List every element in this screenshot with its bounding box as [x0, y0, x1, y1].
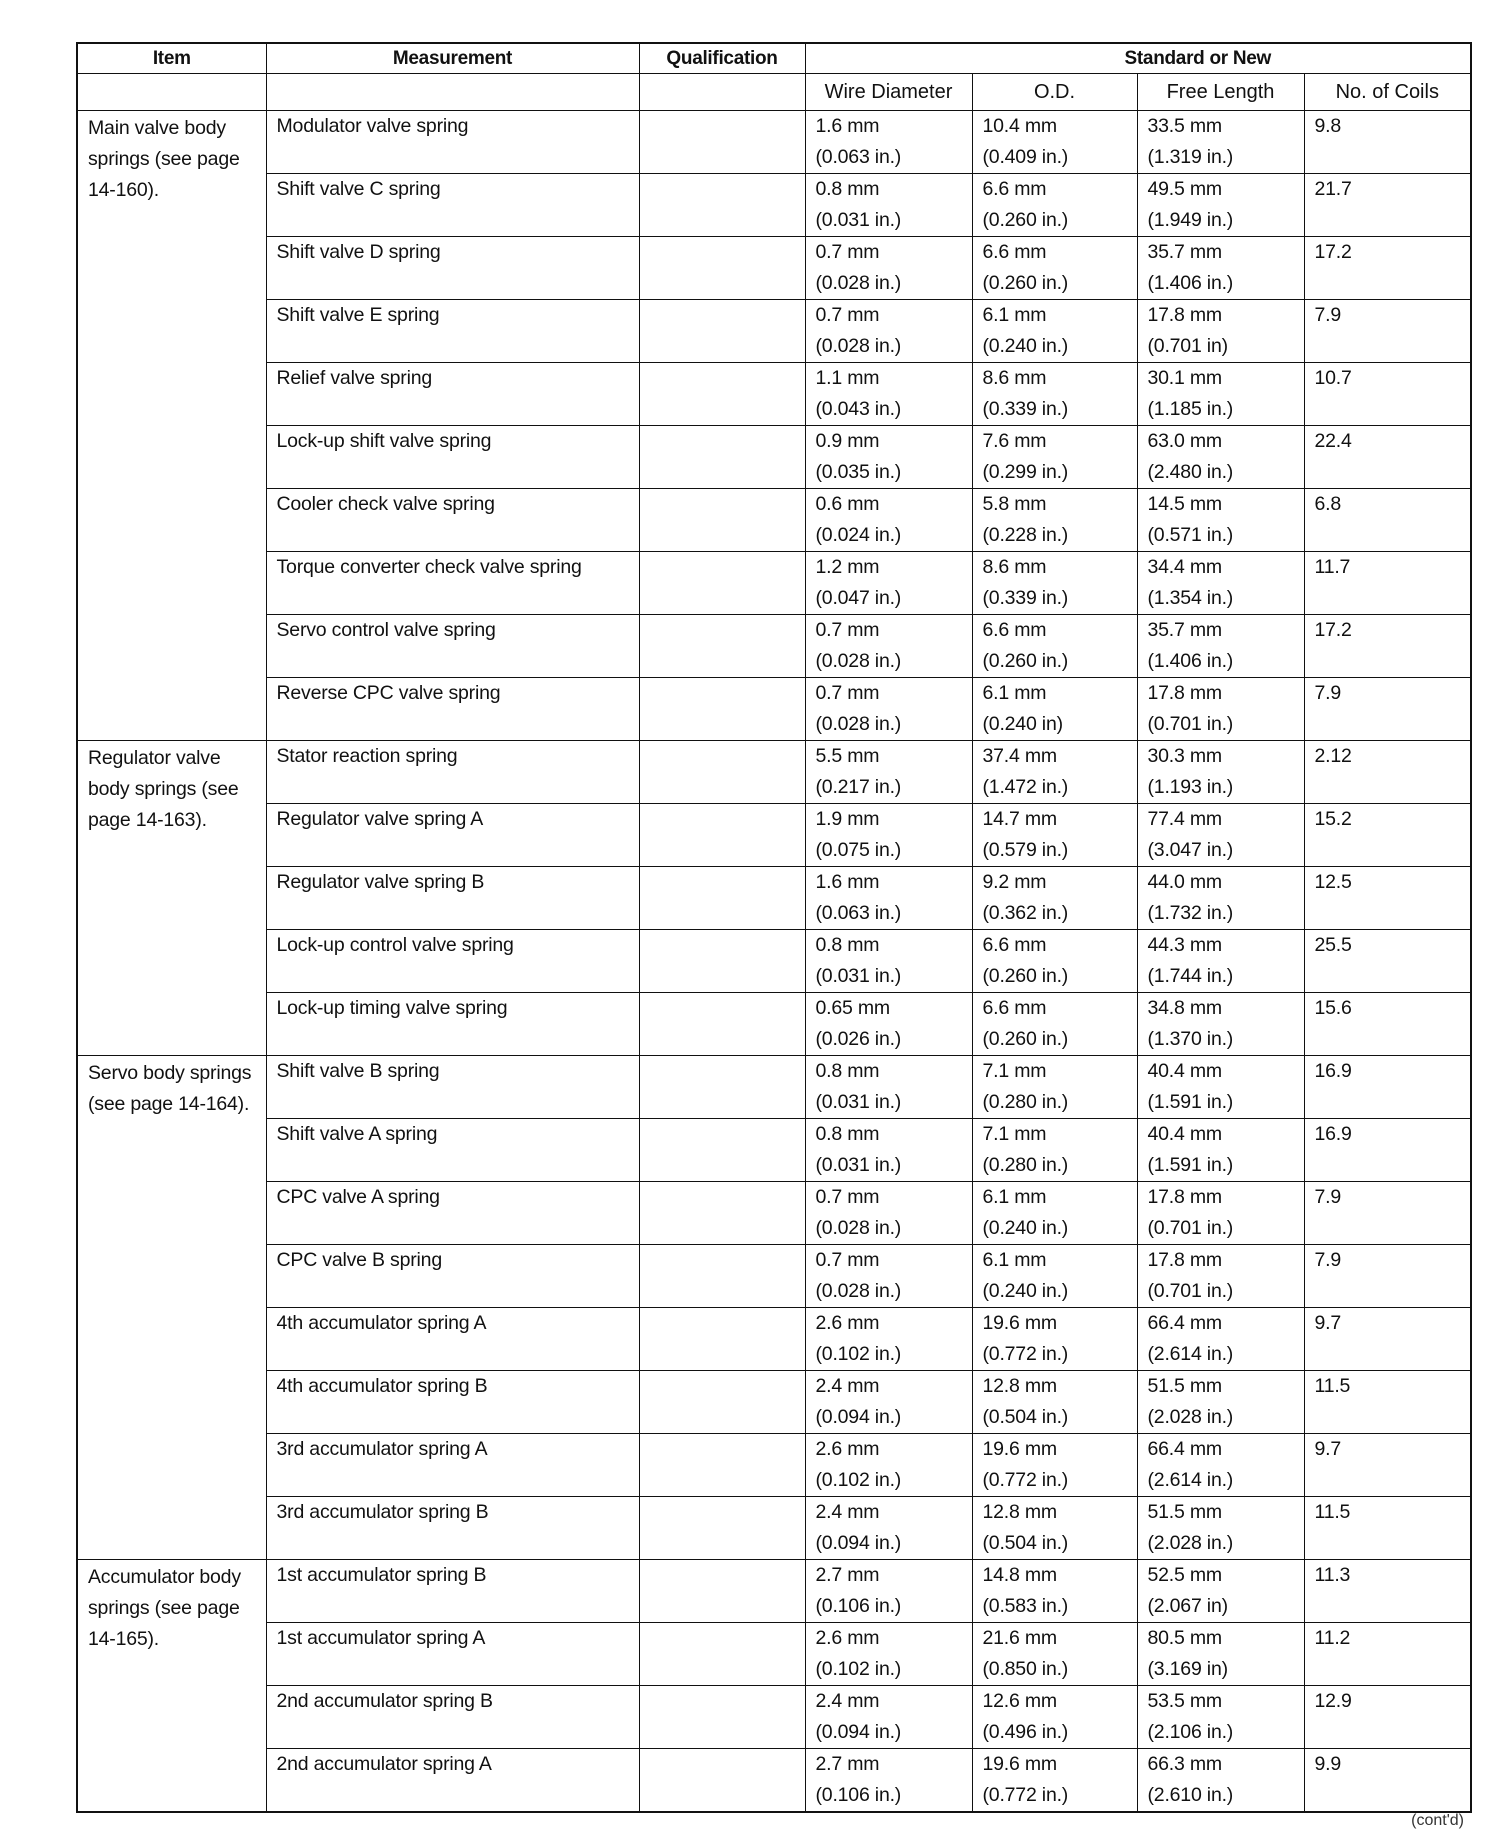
od-metric: 10.4 mm	[983, 111, 1137, 142]
wire-imperial: (0.031 in.)	[816, 1087, 972, 1118]
od-metric: 9.2 mm	[983, 867, 1137, 898]
free-imperial: (0.701 in)	[1148, 331, 1304, 362]
qualification-cell	[639, 1560, 805, 1623]
od-metric: 12.6 mm	[983, 1686, 1137, 1717]
od-imperial: (0.504 in.)	[983, 1528, 1137, 1559]
qualification-cell	[639, 1056, 805, 1119]
measurement-cell: Shift valve A spring	[266, 1119, 639, 1182]
free-imperial: (3.169 in)	[1148, 1654, 1304, 1685]
measurement-cell: CPC valve B spring	[266, 1245, 639, 1308]
coils-cell: 2.12	[1304, 741, 1471, 804]
wire-metric: 2.7 mm	[816, 1749, 972, 1780]
od-cell: 6.6 mm(0.260 in.)	[972, 174, 1137, 237]
qualification-cell	[639, 1686, 805, 1749]
coils-cell: 7.9	[1304, 1245, 1471, 1308]
wire-metric: 0.8 mm	[816, 1056, 972, 1087]
header-row-main: Item Measurement Qualification Standard …	[77, 43, 1471, 74]
measurement-cell: 1st accumulator spring B	[266, 1560, 639, 1623]
wire-imperial: (0.075 in.)	[816, 835, 972, 866]
od-metric: 14.8 mm	[983, 1560, 1137, 1591]
wire-cell: 0.8 mm(0.031 in.)	[805, 1119, 972, 1182]
wire-metric: 2.6 mm	[816, 1308, 972, 1339]
free-metric: 33.5 mm	[1148, 111, 1304, 142]
wire-metric: 2.4 mm	[816, 1371, 972, 1402]
free-imperial: (1.949 in.)	[1148, 205, 1304, 236]
wire-metric: 2.4 mm	[816, 1686, 972, 1717]
table-row: Servo body springs (see page 14-164).Shi…	[77, 1056, 1471, 1119]
wire-imperial: (0.028 in.)	[816, 709, 972, 740]
free-imperial: (1.406 in.)	[1148, 646, 1304, 677]
table-body: Main valve body springs (see page 14-160…	[77, 111, 1471, 1813]
wire-imperial: (0.026 in.)	[816, 1024, 972, 1055]
od-cell: 6.1 mm(0.240 in)	[972, 678, 1137, 741]
table-row: CPC valve A spring0.7 mm(0.028 in.)6.1 m…	[77, 1182, 1471, 1245]
wire-cell: 2.6 mm(0.102 in.)	[805, 1434, 972, 1497]
wire-metric: 1.1 mm	[816, 363, 972, 394]
table-row: Shift valve C spring0.8 mm(0.031 in.)6.6…	[77, 174, 1471, 237]
free-imperial: (1.732 in.)	[1148, 898, 1304, 929]
header-no-of-coils: No. of Coils	[1304, 74, 1471, 111]
wire-cell: 0.7 mm(0.028 in.)	[805, 1182, 972, 1245]
free-metric: 51.5 mm	[1148, 1497, 1304, 1528]
wire-cell: 0.7 mm(0.028 in.)	[805, 615, 972, 678]
qualification-cell	[639, 1749, 805, 1813]
wire-imperial: (0.031 in.)	[816, 205, 972, 236]
od-cell: 6.6 mm(0.260 in.)	[972, 930, 1137, 993]
coils-cell: 22.4	[1304, 426, 1471, 489]
wire-cell: 0.6 mm(0.024 in.)	[805, 489, 972, 552]
wire-metric: 0.7 mm	[816, 300, 972, 331]
qualification-cell	[639, 1497, 805, 1560]
od-cell: 19.6 mm(0.772 in.)	[972, 1308, 1137, 1371]
wire-metric: 1.2 mm	[816, 552, 972, 583]
coils-cell: 7.9	[1304, 300, 1471, 363]
measurement-cell: 1st accumulator spring A	[266, 1623, 639, 1686]
table-row: 3rd accumulator spring A2.6 mm(0.102 in.…	[77, 1434, 1471, 1497]
wire-cell: 2.6 mm(0.102 in.)	[805, 1623, 972, 1686]
table-row: Main valve body springs (see page 14-160…	[77, 111, 1471, 174]
table-row: Shift valve D spring0.7 mm(0.028 in.)6.6…	[77, 237, 1471, 300]
od-cell: 8.6 mm(0.339 in.)	[972, 552, 1137, 615]
wire-metric: 0.8 mm	[816, 174, 972, 205]
measurement-cell: Regulator valve spring A	[266, 804, 639, 867]
free-imperial: (2.028 in.)	[1148, 1402, 1304, 1433]
header-row-sub: Wire Diameter O.D. Free Length No. of Co…	[77, 74, 1471, 111]
free-cell: 35.7 mm(1.406 in.)	[1137, 237, 1304, 300]
free-cell: 49.5 mm(1.949 in.)	[1137, 174, 1304, 237]
free-imperial: (0.571 in.)	[1148, 520, 1304, 551]
qualification-cell	[639, 741, 805, 804]
coils-cell: 12.9	[1304, 1686, 1471, 1749]
continued-note: (cont'd)	[1411, 1812, 1464, 1830]
od-cell: 37.4 mm(1.472 in.)	[972, 741, 1137, 804]
wire-imperial: (0.043 in.)	[816, 394, 972, 425]
free-cell: 66.3 mm(2.610 in.)	[1137, 1749, 1304, 1813]
measurement-cell: Servo control valve spring	[266, 615, 639, 678]
free-imperial: (2.106 in.)	[1148, 1717, 1304, 1748]
free-metric: 66.4 mm	[1148, 1308, 1304, 1339]
free-cell: 30.1 mm(1.185 in.)	[1137, 363, 1304, 426]
wire-metric: 2.6 mm	[816, 1434, 972, 1465]
free-imperial: (1.354 in.)	[1148, 583, 1304, 614]
wire-cell: 1.1 mm(0.043 in.)	[805, 363, 972, 426]
header-qualification-blank	[639, 74, 805, 111]
od-metric: 6.1 mm	[983, 1182, 1137, 1213]
od-imperial: (0.299 in.)	[983, 457, 1137, 488]
wire-metric: 0.7 mm	[816, 678, 972, 709]
free-metric: 30.1 mm	[1148, 363, 1304, 394]
measurement-cell: 2nd accumulator spring A	[266, 1749, 639, 1813]
qualification-cell	[639, 1119, 805, 1182]
free-metric: 17.8 mm	[1148, 1245, 1304, 1276]
qualification-cell	[639, 552, 805, 615]
qualification-cell	[639, 426, 805, 489]
wire-imperial: (0.031 in.)	[816, 961, 972, 992]
free-cell: 66.4 mm(2.614 in.)	[1137, 1434, 1304, 1497]
free-imperial: (1.591 in.)	[1148, 1087, 1304, 1118]
header-item: Item	[77, 43, 266, 74]
od-cell: 6.1 mm(0.240 in.)	[972, 1182, 1137, 1245]
wire-cell: 5.5 mm(0.217 in.)	[805, 741, 972, 804]
table-row: Accumulator body springs (see page 14-16…	[77, 1560, 1471, 1623]
wire-metric: 5.5 mm	[816, 741, 972, 772]
od-imperial: (0.772 in.)	[983, 1339, 1137, 1370]
wire-imperial: (0.028 in.)	[816, 331, 972, 362]
od-imperial: (0.260 in.)	[983, 1024, 1137, 1055]
free-cell: 40.4 mm(1.591 in.)	[1137, 1119, 1304, 1182]
wire-imperial: (0.024 in.)	[816, 520, 972, 551]
header-measurement-blank	[266, 74, 639, 111]
free-metric: 40.4 mm	[1148, 1056, 1304, 1087]
od-metric: 6.6 mm	[983, 930, 1137, 961]
free-cell: 63.0 mm(2.480 in.)	[1137, 426, 1304, 489]
od-cell: 12.6 mm(0.496 in.)	[972, 1686, 1137, 1749]
wire-metric: 0.9 mm	[816, 426, 972, 457]
table-row: Lock-up control valve spring0.8 mm(0.031…	[77, 930, 1471, 993]
table-row: Regulator valve spring B1.6 mm(0.063 in.…	[77, 867, 1471, 930]
free-metric: 34.4 mm	[1148, 552, 1304, 583]
wire-metric: 0.7 mm	[816, 237, 972, 268]
od-cell: 6.1 mm(0.240 in.)	[972, 300, 1137, 363]
od-imperial: (0.504 in.)	[983, 1402, 1137, 1433]
qualification-cell	[639, 174, 805, 237]
od-metric: 8.6 mm	[983, 363, 1137, 394]
od-imperial: (0.772 in.)	[983, 1465, 1137, 1496]
free-cell: 77.4 mm(3.047 in.)	[1137, 804, 1304, 867]
free-imperial: (2.028 in.)	[1148, 1528, 1304, 1559]
measurement-cell: 3rd accumulator spring B	[266, 1497, 639, 1560]
free-cell: 34.8 mm(1.370 in.)	[1137, 993, 1304, 1056]
wire-metric: 0.8 mm	[816, 1119, 972, 1150]
od-imperial: (0.579 in.)	[983, 835, 1137, 866]
table-row: Servo control valve spring0.7 mm(0.028 i…	[77, 615, 1471, 678]
wire-cell: 1.2 mm(0.047 in.)	[805, 552, 972, 615]
table-row: 1st accumulator spring A2.6 mm(0.102 in.…	[77, 1623, 1471, 1686]
item-group-label: Main valve body springs (see page 14-160…	[77, 111, 266, 741]
table-row: Lock-up timing valve spring0.65 mm(0.026…	[77, 993, 1471, 1056]
wire-imperial: (0.063 in.)	[816, 898, 972, 929]
od-imperial: (0.260 in.)	[983, 961, 1137, 992]
od-metric: 6.6 mm	[983, 174, 1137, 205]
wire-cell: 1.6 mm(0.063 in.)	[805, 867, 972, 930]
od-imperial: (0.240 in.)	[983, 1213, 1137, 1244]
od-cell: 12.8 mm(0.504 in.)	[972, 1497, 1137, 1560]
od-cell: 12.8 mm(0.504 in.)	[972, 1371, 1137, 1434]
od-cell: 6.6 mm(0.260 in.)	[972, 237, 1137, 300]
free-cell: 17.8 mm(0.701 in.)	[1137, 1182, 1304, 1245]
free-imperial: (2.480 in.)	[1148, 457, 1304, 488]
od-metric: 6.6 mm	[983, 615, 1137, 646]
wire-cell: 0.7 mm(0.028 in.)	[805, 678, 972, 741]
header-measurement: Measurement	[266, 43, 639, 74]
od-imperial: (0.240 in)	[983, 709, 1137, 740]
od-imperial: (0.260 in.)	[983, 205, 1137, 236]
od-metric: 7.6 mm	[983, 426, 1137, 457]
qualification-cell	[639, 237, 805, 300]
od-imperial: (0.583 in.)	[983, 1591, 1137, 1622]
measurement-cell: Cooler check valve spring	[266, 489, 639, 552]
measurement-cell: Shift valve B spring	[266, 1056, 639, 1119]
free-cell: 80.5 mm(3.169 in)	[1137, 1623, 1304, 1686]
free-imperial: (2.067 in)	[1148, 1591, 1304, 1622]
od-cell: 6.6 mm(0.260 in.)	[972, 615, 1137, 678]
free-imperial: (1.185 in.)	[1148, 394, 1304, 425]
wire-metric: 0.8 mm	[816, 930, 972, 961]
measurement-cell: Relief valve spring	[266, 363, 639, 426]
wire-cell: 2.4 mm(0.094 in.)	[805, 1497, 972, 1560]
od-metric: 12.8 mm	[983, 1497, 1137, 1528]
qualification-cell	[639, 993, 805, 1056]
od-cell: 14.8 mm(0.583 in.)	[972, 1560, 1137, 1623]
od-imperial: (0.850 in.)	[983, 1654, 1137, 1685]
free-cell: 17.8 mm(0.701 in)	[1137, 300, 1304, 363]
free-cell: 30.3 mm(1.193 in.)	[1137, 741, 1304, 804]
free-imperial: (1.319 in.)	[1148, 142, 1304, 173]
table-row: 3rd accumulator spring B2.4 mm(0.094 in.…	[77, 1497, 1471, 1560]
coils-cell: 9.7	[1304, 1308, 1471, 1371]
coils-cell: 9.8	[1304, 111, 1471, 174]
free-cell: 35.7 mm(1.406 in.)	[1137, 615, 1304, 678]
coils-cell: 12.5	[1304, 867, 1471, 930]
free-metric: 53.5 mm	[1148, 1686, 1304, 1717]
free-imperial: (2.610 in.)	[1148, 1780, 1304, 1811]
od-imperial: (0.339 in.)	[983, 394, 1137, 425]
table-row: 2nd accumulator spring A2.7 mm(0.106 in.…	[77, 1749, 1471, 1813]
od-imperial: (1.472 in.)	[983, 772, 1137, 803]
wire-imperial: (0.094 in.)	[816, 1402, 972, 1433]
qualification-cell	[639, 678, 805, 741]
free-cell: 17.8 mm(0.701 in.)	[1137, 1245, 1304, 1308]
free-imperial: (1.193 in.)	[1148, 772, 1304, 803]
free-cell: 14.5 mm(0.571 in.)	[1137, 489, 1304, 552]
od-metric: 12.8 mm	[983, 1371, 1137, 1402]
free-metric: 30.3 mm	[1148, 741, 1304, 772]
od-cell: 19.6 mm(0.772 in.)	[972, 1434, 1137, 1497]
od-imperial: (0.362 in.)	[983, 898, 1137, 929]
od-cell: 7.1 mm(0.280 in.)	[972, 1119, 1137, 1182]
free-metric: 17.8 mm	[1148, 1182, 1304, 1213]
od-metric: 8.6 mm	[983, 552, 1137, 583]
coils-cell: 15.2	[1304, 804, 1471, 867]
free-cell: 66.4 mm(2.614 in.)	[1137, 1308, 1304, 1371]
free-metric: 49.5 mm	[1148, 174, 1304, 205]
item-group-label: Servo body springs (see page 14-164).	[77, 1056, 266, 1560]
od-metric: 6.6 mm	[983, 993, 1137, 1024]
wire-metric: 0.7 mm	[816, 615, 972, 646]
measurement-cell: 2nd accumulator spring B	[266, 1686, 639, 1749]
qualification-cell	[639, 111, 805, 174]
od-cell: 21.6 mm(0.850 in.)	[972, 1623, 1137, 1686]
wire-imperial: (0.063 in.)	[816, 142, 972, 173]
item-group-label: Accumulator body springs (see page 14-16…	[77, 1560, 266, 1813]
coils-cell: 6.8	[1304, 489, 1471, 552]
table-row: Regulator valve spring A1.9 mm(0.075 in.…	[77, 804, 1471, 867]
free-metric: 80.5 mm	[1148, 1623, 1304, 1654]
free-cell: 52.5 mm(2.067 in)	[1137, 1560, 1304, 1623]
od-cell: 14.7 mm(0.579 in.)	[972, 804, 1137, 867]
wire-cell: 1.6 mm(0.063 in.)	[805, 111, 972, 174]
od-imperial: (0.240 in.)	[983, 331, 1137, 362]
od-cell: 9.2 mm(0.362 in.)	[972, 867, 1137, 930]
free-metric: 40.4 mm	[1148, 1119, 1304, 1150]
od-imperial: (0.240 in.)	[983, 1276, 1137, 1307]
table-row: Torque converter check valve spring1.2 m…	[77, 552, 1471, 615]
wire-metric: 1.6 mm	[816, 867, 972, 898]
free-imperial: (1.370 in.)	[1148, 1024, 1304, 1055]
wire-imperial: (0.047 in.)	[816, 583, 972, 614]
free-imperial: (0.701 in.)	[1148, 1276, 1304, 1307]
od-imperial: (0.260 in.)	[983, 646, 1137, 677]
measurement-cell: 3rd accumulator spring A	[266, 1434, 639, 1497]
item-group-label: Regulator valve body springs (see page 1…	[77, 741, 266, 1056]
free-metric: 35.7 mm	[1148, 615, 1304, 646]
od-cell: 10.4 mm(0.409 in.)	[972, 111, 1137, 174]
wire-imperial: (0.106 in.)	[816, 1780, 972, 1811]
od-cell: 7.1 mm(0.280 in.)	[972, 1056, 1137, 1119]
table-row: Shift valve A spring0.8 mm(0.031 in.)7.1…	[77, 1119, 1471, 1182]
free-imperial: (1.744 in.)	[1148, 961, 1304, 992]
table-row: CPC valve B spring0.7 mm(0.028 in.)6.1 m…	[77, 1245, 1471, 1308]
coils-cell: 9.7	[1304, 1434, 1471, 1497]
od-metric: 6.1 mm	[983, 678, 1137, 709]
free-metric: 66.3 mm	[1148, 1749, 1304, 1780]
od-cell: 5.8 mm(0.228 in.)	[972, 489, 1137, 552]
od-metric: 37.4 mm	[983, 741, 1137, 772]
measurement-cell: Stator reaction spring	[266, 741, 639, 804]
header-wire-diameter: Wire Diameter	[805, 74, 972, 111]
header-od: O.D.	[972, 74, 1137, 111]
spring-spec-table: Item Measurement Qualification Standard …	[76, 42, 1472, 1813]
od-metric: 7.1 mm	[983, 1056, 1137, 1087]
measurement-cell: Reverse CPC valve spring	[266, 678, 639, 741]
coils-cell: 16.9	[1304, 1119, 1471, 1182]
wire-cell: 2.4 mm(0.094 in.)	[805, 1371, 972, 1434]
wire-imperial: (0.094 in.)	[816, 1717, 972, 1748]
wire-imperial: (0.217 in.)	[816, 772, 972, 803]
free-cell: 53.5 mm(2.106 in.)	[1137, 1686, 1304, 1749]
measurement-cell: Shift valve C spring	[266, 174, 639, 237]
wire-cell: 2.7 mm(0.106 in.)	[805, 1749, 972, 1813]
qualification-cell	[639, 1371, 805, 1434]
measurement-cell: Shift valve E spring	[266, 300, 639, 363]
qualification-cell	[639, 615, 805, 678]
wire-imperial: (0.106 in.)	[816, 1591, 972, 1622]
od-imperial: (0.280 in.)	[983, 1087, 1137, 1118]
measurement-cell: Shift valve D spring	[266, 237, 639, 300]
od-cell: 6.1 mm(0.240 in.)	[972, 1245, 1137, 1308]
qualification-cell	[639, 300, 805, 363]
wire-metric: 0.7 mm	[816, 1245, 972, 1276]
qualification-cell	[639, 867, 805, 930]
measurement-cell: 4th accumulator spring A	[266, 1308, 639, 1371]
wire-imperial: (0.028 in.)	[816, 1276, 972, 1307]
qualification-cell	[639, 1182, 805, 1245]
od-metric: 19.6 mm	[983, 1749, 1137, 1780]
coils-cell: 7.9	[1304, 1182, 1471, 1245]
wire-metric: 1.6 mm	[816, 111, 972, 142]
wire-imperial: (0.102 in.)	[816, 1465, 972, 1496]
od-cell: 19.6 mm(0.772 in.)	[972, 1749, 1137, 1813]
qualification-cell	[639, 489, 805, 552]
coils-cell: 11.7	[1304, 552, 1471, 615]
od-imperial: (0.228 in.)	[983, 520, 1137, 551]
od-imperial: (0.772 in.)	[983, 1780, 1137, 1811]
measurement-cell: Modulator valve spring	[266, 111, 639, 174]
od-imperial: (0.260 in.)	[983, 268, 1137, 299]
wire-metric: 2.7 mm	[816, 1560, 972, 1591]
od-imperial: (0.409 in.)	[983, 142, 1137, 173]
header-standard-or-new: Standard or New	[805, 43, 1471, 74]
od-cell: 8.6 mm(0.339 in.)	[972, 363, 1137, 426]
wire-metric: 2.6 mm	[816, 1623, 972, 1654]
wire-cell: 0.7 mm(0.028 in.)	[805, 1245, 972, 1308]
wire-cell: 0.8 mm(0.031 in.)	[805, 1056, 972, 1119]
measurement-cell: Lock-up control valve spring	[266, 930, 639, 993]
free-imperial: (3.047 in.)	[1148, 835, 1304, 866]
od-metric: 21.6 mm	[983, 1623, 1137, 1654]
table-row: 2nd accumulator spring B2.4 mm(0.094 in.…	[77, 1686, 1471, 1749]
qualification-cell	[639, 804, 805, 867]
measurement-cell: 4th accumulator spring B	[266, 1371, 639, 1434]
coils-cell: 16.9	[1304, 1056, 1471, 1119]
od-metric: 19.6 mm	[983, 1434, 1137, 1465]
free-metric: 17.8 mm	[1148, 678, 1304, 709]
free-metric: 14.5 mm	[1148, 489, 1304, 520]
table-row: Regulator valve body springs (see page 1…	[77, 741, 1471, 804]
wire-imperial: (0.102 in.)	[816, 1654, 972, 1685]
wire-imperial: (0.035 in.)	[816, 457, 972, 488]
free-cell: 33.5 mm(1.319 in.)	[1137, 111, 1304, 174]
table-row: Lock-up shift valve spring0.9 mm(0.035 i…	[77, 426, 1471, 489]
table-row: 4th accumulator spring A2.6 mm(0.102 in.…	[77, 1308, 1471, 1371]
od-metric: 5.8 mm	[983, 489, 1137, 520]
free-cell: 17.8 mm(0.701 in.)	[1137, 678, 1304, 741]
free-metric: 51.5 mm	[1148, 1371, 1304, 1402]
free-metric: 63.0 mm	[1148, 426, 1304, 457]
wire-cell: 2.7 mm(0.106 in.)	[805, 1560, 972, 1623]
free-metric: 44.3 mm	[1148, 930, 1304, 961]
od-metric: 6.1 mm	[983, 300, 1137, 331]
free-cell: 40.4 mm(1.591 in.)	[1137, 1056, 1304, 1119]
qualification-cell	[639, 1434, 805, 1497]
qualification-cell	[639, 930, 805, 993]
coils-cell: 15.6	[1304, 993, 1471, 1056]
free-imperial: (1.591 in.)	[1148, 1150, 1304, 1181]
header-item-blank	[77, 74, 266, 111]
wire-cell: 2.6 mm(0.102 in.)	[805, 1308, 972, 1371]
coils-cell: 17.2	[1304, 615, 1471, 678]
qualification-cell	[639, 363, 805, 426]
